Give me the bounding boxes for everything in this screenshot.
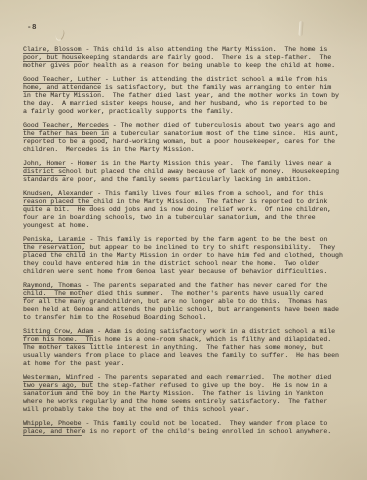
case-entry: Good Teacher, Mercedes - The mother died…	[23, 122, 351, 154]
text-segment: - The mother died of tuberculosis about …	[109, 122, 335, 129]
text-segment: sanatorium and the boy in the Marty Miss…	[23, 390, 323, 397]
text-segment: child. The mot	[23, 290, 82, 298]
text-segment: placed the child in the Marty Mission in…	[23, 252, 343, 259]
case-name: Claire, Blossom	[23, 46, 82, 54]
text-line: youngest at home.	[23, 222, 351, 230]
text-segment: will probably take the boy at the end of…	[23, 406, 249, 413]
text-line: reported to be a good, hard-working woma…	[23, 138, 351, 146]
text-segment: for all the many grandchildren, but are …	[23, 298, 327, 305]
text-line: Westerman, Winfred - The parents separat…	[23, 374, 351, 382]
text-segment: The mother takes little interest in anyt…	[23, 344, 323, 351]
text-line: in the Marty Mission. The father died la…	[23, 92, 351, 100]
text-segment: - This family could not be located. They…	[82, 420, 328, 427]
text-line: John, Homer - Homer is in the Marty Miss…	[23, 160, 351, 168]
text-line: from his home. This home is a one-room s…	[23, 336, 351, 344]
text-line: child. The mother died this summer. The …	[23, 290, 351, 298]
document-page: -8 Claire, Blossom - This child is also …	[0, 0, 367, 480]
text-line: they could have entered him in the distr…	[23, 260, 351, 268]
text-segment: the step-father refused to give up the b…	[93, 382, 327, 389]
text-segment: two years ago, but	[23, 382, 93, 390]
text-segment: e is no report of the child's being enro…	[82, 428, 332, 435]
text-segment: district sc	[23, 168, 66, 176]
case-name: Whipple, Phoebe	[23, 420, 82, 428]
text-segment: the reservation,	[23, 244, 85, 252]
case-entry: Peniska, Laramie - This family is report…	[23, 236, 351, 276]
text-segment: her died this summer. The mother's paren…	[82, 290, 324, 297]
text-segment: the father has been in	[23, 130, 109, 138]
text-line: the day. A married sister keeps house, a…	[23, 100, 351, 108]
case-name: Good Teacher, Luther	[23, 76, 101, 84]
text-line: been held at Genoa and attends the publi…	[23, 306, 351, 314]
text-line: sanatorium and the boy in the Marty Miss…	[23, 390, 351, 398]
case-entry: John, Homer - Homer is in the Marty Miss…	[23, 160, 351, 184]
text-line: place, and there is no report of the chi…	[23, 428, 351, 436]
text-line: home, and attendance is satisfactory, bu…	[23, 84, 351, 92]
text-segment: - The parents separated and the father h…	[82, 282, 328, 289]
text-line: two years ago, but the step-father refus…	[23, 382, 351, 390]
text-line: a fairly good worker, practically suppor…	[23, 108, 351, 116]
case-name: Raymond, Thomas	[23, 282, 82, 290]
text-line: the father has been in a tubercular sana…	[23, 130, 351, 138]
text-line: Good Teacher, Luther - Luther is attendi…	[23, 76, 351, 84]
text-line: reason placed the child in the Marty Mis…	[23, 198, 351, 206]
text-segment: keeping standards are fairly good. There…	[82, 54, 332, 61]
text-segment: reason placed the	[23, 198, 93, 206]
text-line: Good Teacher, Mercedes - The mother died…	[23, 122, 351, 130]
case-entry: Raymond, Thomas - The parents separated …	[23, 282, 351, 322]
text-segment: four are in boarding schools, two in a t…	[23, 214, 316, 221]
text-segment: to transfer him to the Rosebud Boarding …	[23, 314, 206, 321]
text-line: The mother takes little interest in anyt…	[23, 344, 351, 352]
text-segment: - This family lives four miles from a sc…	[93, 190, 323, 197]
text-line: four are in boarding schools, two in a t…	[23, 214, 351, 222]
text-line: the reservation, but appear to be inclin…	[23, 244, 351, 252]
text-line: to transfer him to the Rosebud Boarding …	[23, 314, 351, 322]
text-segment: - Adam is doing satisfactory work in a d…	[93, 328, 335, 335]
case-name: Westerman, Winfred	[23, 374, 93, 382]
case-entry: Knudsen, Alexander - This family lives f…	[23, 190, 351, 230]
text-line: mother gives poor health as a reason for…	[23, 62, 351, 70]
text-segment: standards are poor, and the family seems…	[23, 176, 312, 183]
case-name: John, Homer	[23, 160, 66, 168]
text-line: Sitting Crow, Adam - Adam is doing satis…	[23, 328, 351, 336]
text-segment: hool but placed the child away because o…	[66, 168, 339, 175]
text-line: quite a bit. He does odd jobs and is now…	[23, 206, 351, 214]
case-entry: Good Teacher, Luther - Luther is attendi…	[23, 76, 351, 116]
text-line: children were sent home from Genoa last …	[23, 268, 351, 276]
case-entries: Claire, Blossom - This child is also att…	[23, 46, 351, 436]
case-entry: Sitting Crow, Adam - Adam is doing satis…	[23, 328, 351, 368]
text-segment: children were sent home from Genoa last …	[23, 268, 327, 275]
text-segment: - Luther is attending the district schoo…	[101, 76, 327, 83]
text-segment: a fairly good worker, practically suppor…	[23, 108, 234, 115]
text-segment: the day. A married sister keeps house, a…	[23, 100, 327, 107]
text-segment: is satisfactory, but the family was arra…	[101, 84, 331, 91]
text-segment: they could have entered him in the distr…	[23, 260, 319, 267]
text-line: at home for the past year.	[23, 360, 351, 368]
text-segment: - This family is reported by the farm ag…	[85, 236, 327, 243]
text-line: standards are poor, and the family seems…	[23, 176, 351, 184]
text-segment: where he works regularly and the home se…	[23, 398, 327, 405]
case-entry: Claire, Blossom - This child is also att…	[23, 46, 351, 70]
page-number: -8	[27, 24, 351, 32]
case-entry: Westerman, Winfred - The parents separat…	[23, 374, 351, 414]
case-name: Peniska, Laramie	[23, 236, 85, 244]
text-segment: reported to be a good, hard-working woma…	[23, 138, 335, 145]
text-segment: youngest at home.	[23, 222, 89, 229]
text-line: district school but placed the child awa…	[23, 168, 351, 176]
text-segment: from his home. Th	[23, 336, 93, 344]
text-segment: - Homer is in the Marty Mission this yea…	[66, 160, 331, 167]
text-line: Claire, Blossom - This child is also att…	[23, 46, 351, 54]
case-entry: Whipple, Phoebe - This family could not …	[23, 420, 351, 436]
text-segment: quite a bit. He does odd jobs and is now…	[23, 206, 331, 213]
text-segment: at home for the past year.	[23, 360, 124, 367]
text-segment: mother gives poor health as a reason for…	[23, 62, 335, 69]
text-segment: child in the Marty Mission. The father i…	[93, 198, 327, 205]
text-line: Raymond, Thomas - The parents separated …	[23, 282, 351, 290]
text-line: Whipple, Phoebe - This family could not …	[23, 420, 351, 428]
text-segment: a tubercular sanatorium most of the time…	[109, 130, 339, 137]
text-line: poor, but housekeeping standards are fai…	[23, 54, 351, 62]
text-segment: is home is a one-room shack, which is fi…	[93, 336, 331, 343]
text-line: Peniska, Laramie - This family is report…	[23, 236, 351, 244]
text-segment: - This child is also attending the Marty…	[82, 46, 328, 53]
text-line: usually wanders from place to place and …	[23, 352, 351, 360]
text-segment: in the Marty Mission. The father died la…	[23, 92, 339, 99]
text-line: children. Mercedes is in the Marty Missi…	[23, 146, 351, 154]
text-segment: been held at Genoa and attends the publi…	[23, 306, 339, 313]
text-segment: place, and ther	[23, 428, 82, 436]
text-line: for all the many grandchildren, but are …	[23, 298, 351, 306]
text-segment: usually wanders from place to place and …	[23, 352, 339, 359]
text-line: placed the child in the Marty Mission in…	[23, 252, 351, 260]
text-line: where he works regularly and the home se…	[23, 398, 351, 406]
text-segment: but appear to be inclined to try to shif…	[85, 244, 335, 251]
text-segment: - The parents separated and each remarri…	[93, 374, 331, 381]
text-segment: poor, but house	[23, 54, 82, 62]
case-name: Sitting Crow, Adam	[23, 328, 93, 336]
case-name: Good Teacher, Mercedes	[23, 122, 109, 130]
text-segment: children. Mercedes is in the Marty Missi…	[23, 146, 195, 153]
case-name: Knudsen, Alexander	[23, 190, 93, 198]
text-line: will probably take the boy at the end of…	[23, 406, 351, 414]
page-content: -8 Claire, Blossom - This child is also …	[23, 24, 351, 442]
text-line: Knudsen, Alexander - This family lives f…	[23, 190, 351, 198]
text-segment: home, and attendance	[23, 84, 101, 92]
